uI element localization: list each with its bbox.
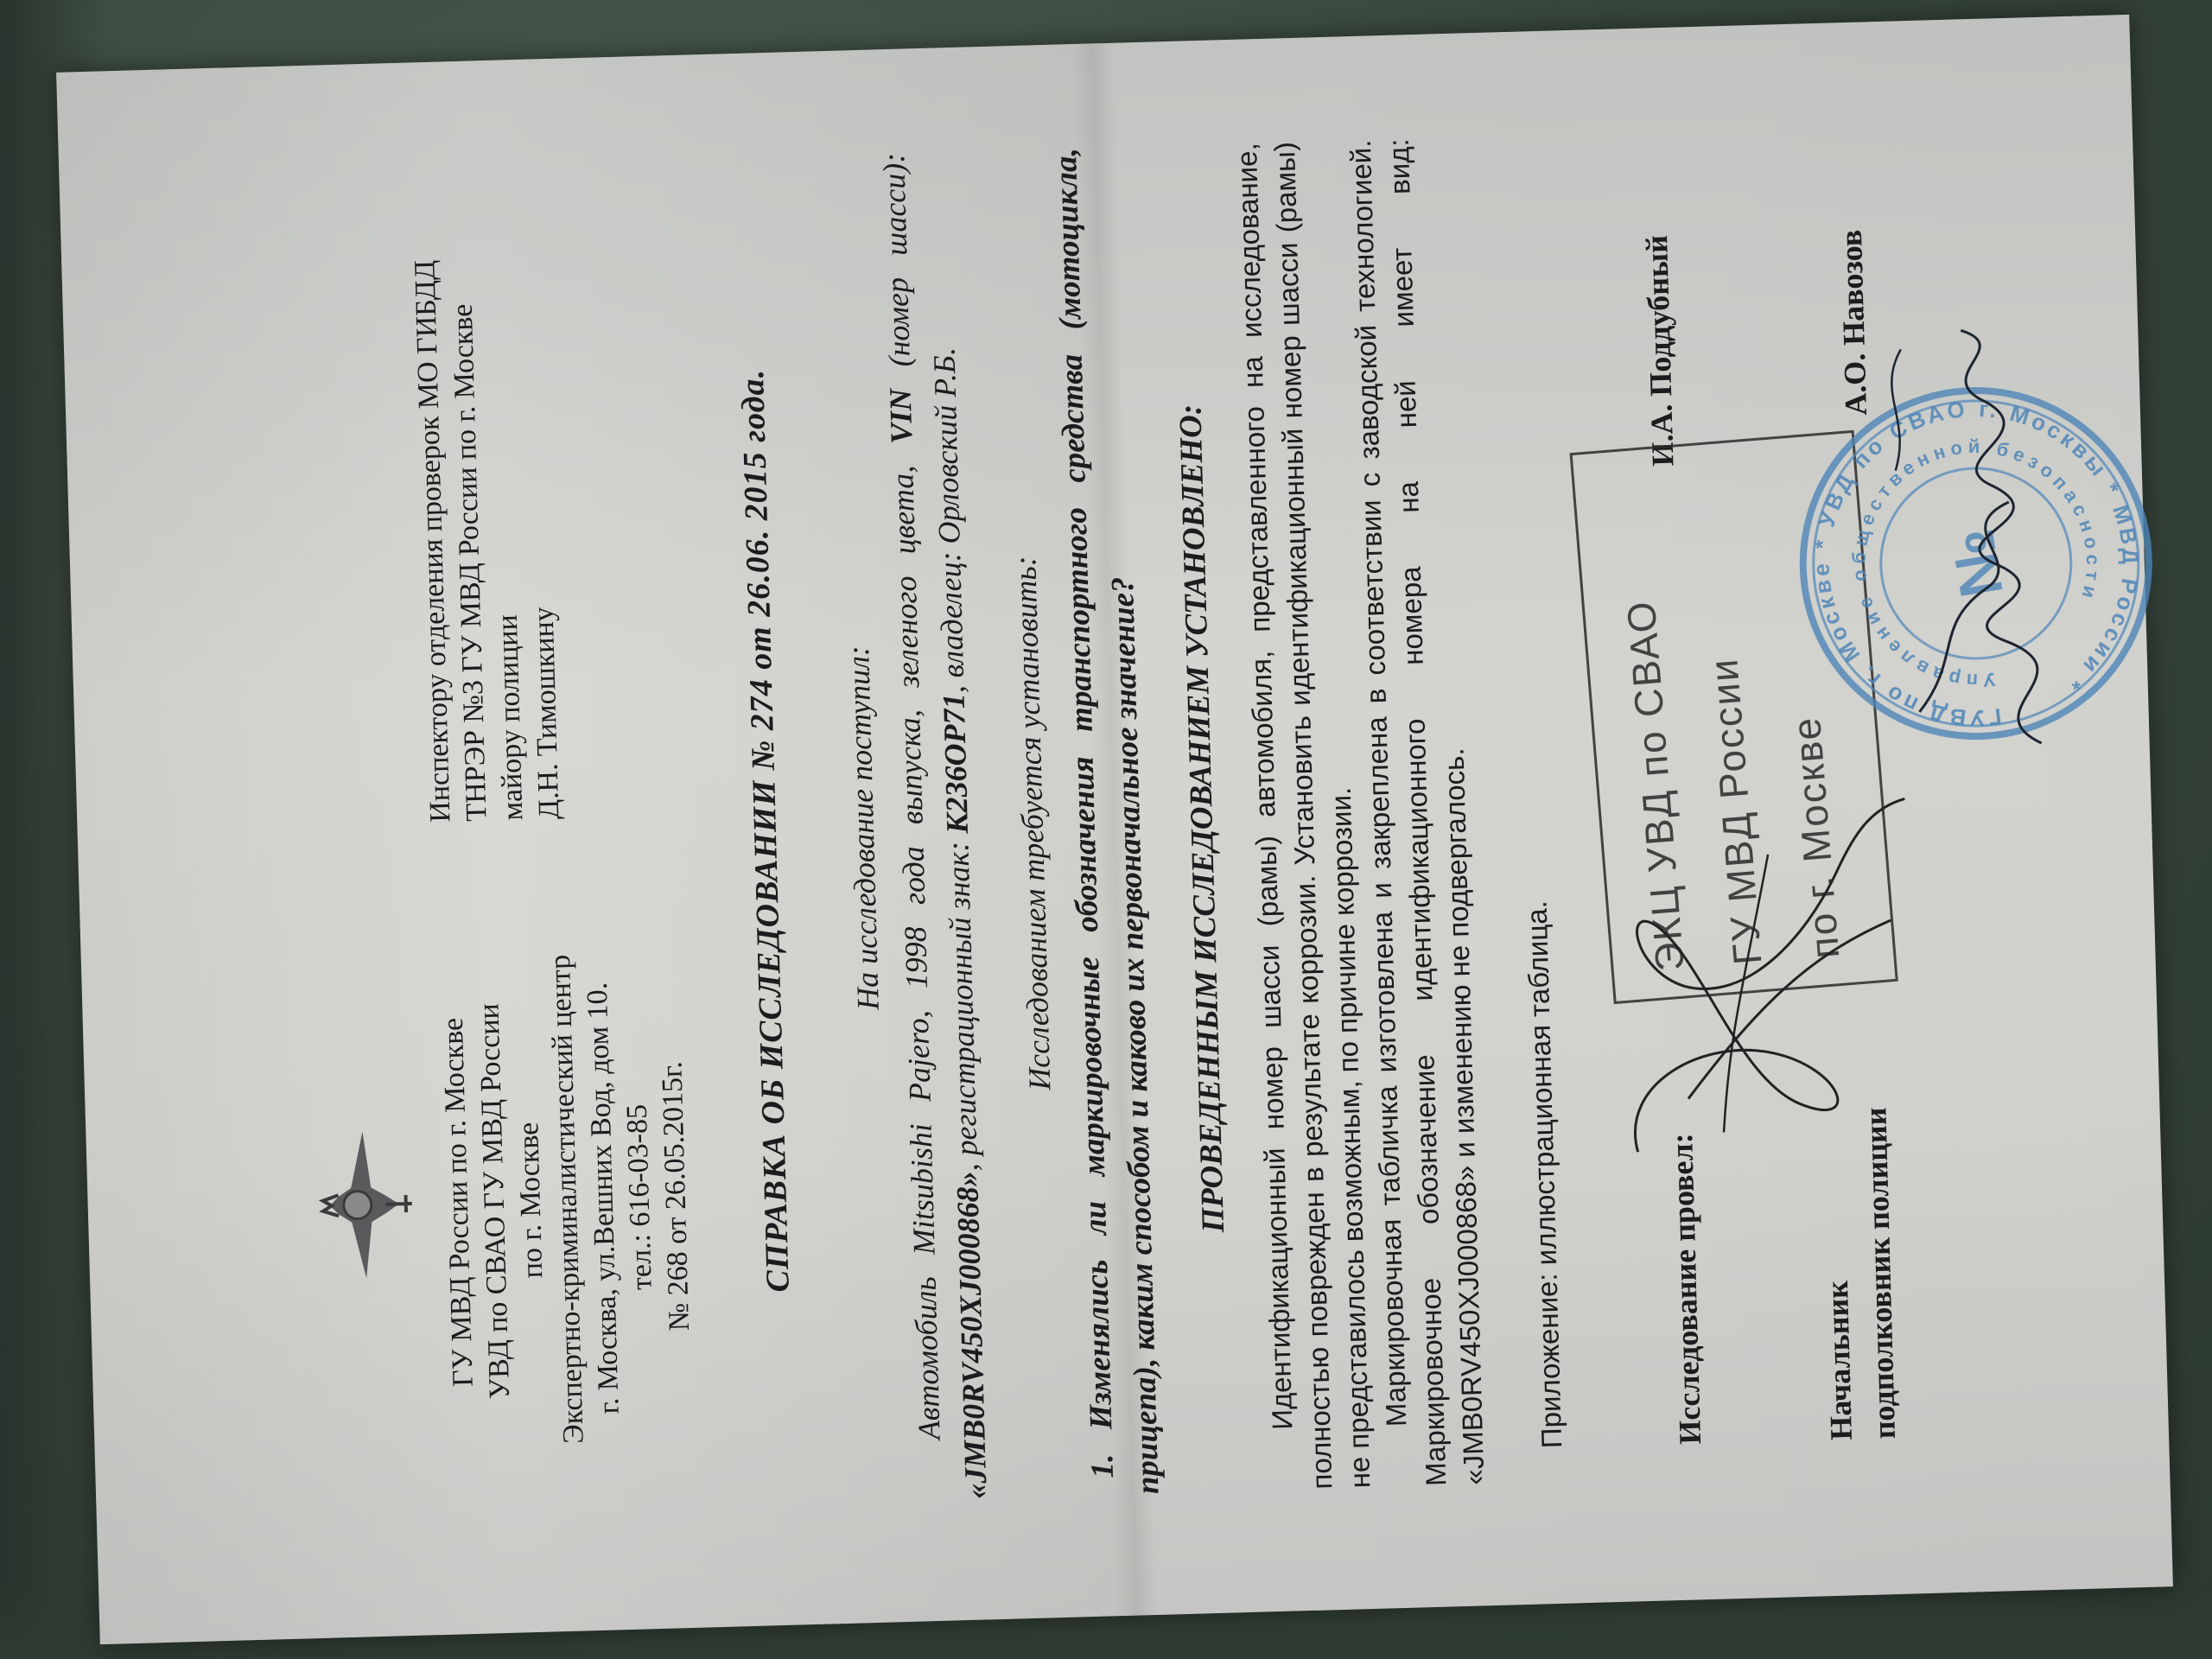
document-sheet: ГУ МВД России по г. Москве УВД по СВАО Г… (56, 15, 2173, 1644)
document-title: СПРАВКА ОБ ИССЛЕДОВАНИИ № 274 от 26.06. … (728, 156, 804, 1505)
vin-label: VIN (883, 388, 919, 444)
seal-center: № (1938, 524, 2016, 602)
vin-text: (номер шасси): (876, 152, 918, 389)
chief-rank: подполковник полиции (1858, 1107, 1902, 1440)
chief-name: А.О. Навозов (1833, 229, 1874, 416)
appendix-note: Приложение: иллюстрационная таблица. (1499, 135, 1570, 1483)
owner-text: , владелец: Орловский Р.Б. (926, 347, 970, 694)
mvd-emblem-icon (302, 1126, 418, 1285)
document-header: ГУ МВД России по г. Москве УВД по СВАО Г… (275, 159, 702, 1517)
chief-label: Начальник (1820, 1281, 1859, 1441)
reg-plate-value: К236ОР71 (937, 693, 976, 834)
signature-block: Исследование провел: И.А. Поддубный Нача… (1636, 120, 2105, 1479)
researcher-name: И.А. Поддубный (1638, 235, 1681, 467)
findings-heading: ПРОВЕДЕННЫМ ИССЛЕДОВАНИЕМ УСТАНОВЛЕНО: (1165, 144, 1240, 1493)
vin-value: «JMB0RV450XJ000868» (950, 1171, 994, 1499)
round-seal-icon: ГУВД по г. Москве * УВД по СВАО г. Москв… (1767, 354, 2185, 772)
reg-text: , регистрационный знак: (940, 833, 984, 1172)
researcher-label: Исследование провел: (1664, 1133, 1707, 1445)
issuer-block: ГУ МВД России по г. Москве УВД по СВАО Г… (296, 885, 703, 1517)
addressee-block: Инспектору отделения проверок МО ГИБДД Т… (275, 162, 568, 827)
